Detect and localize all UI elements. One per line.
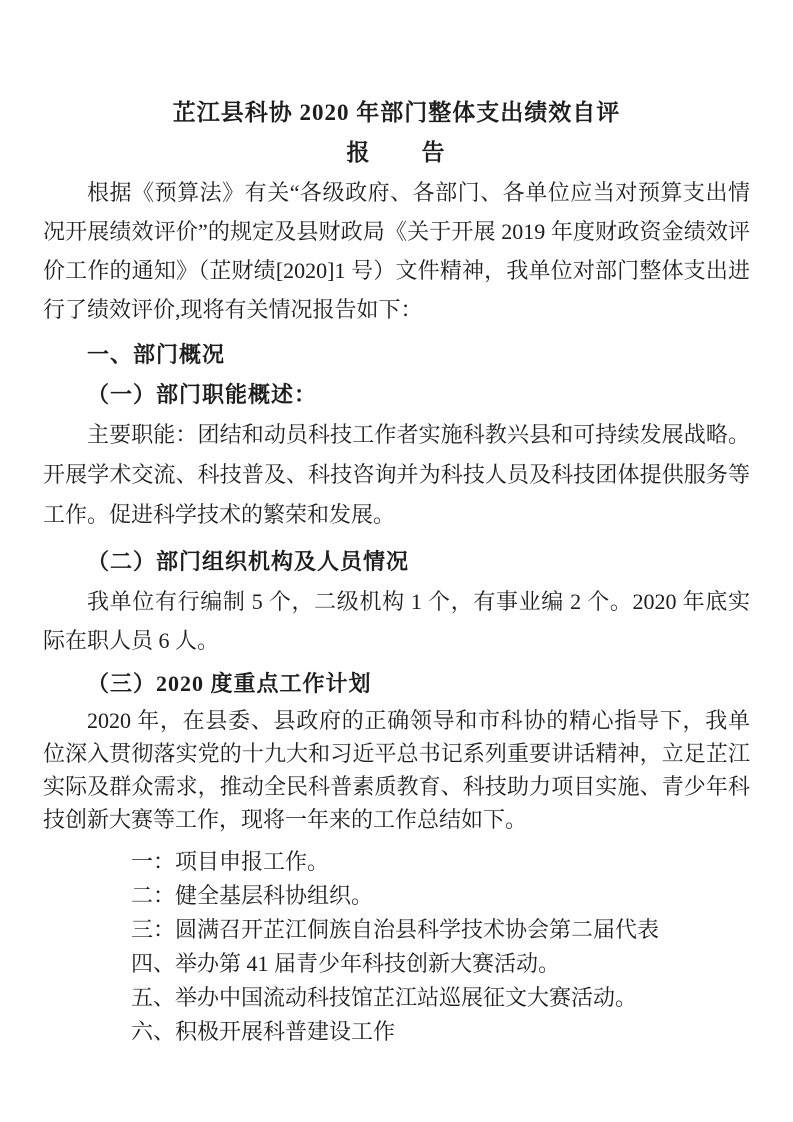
subsection-1-heading: （一）部门职能概述： bbox=[43, 375, 750, 415]
document-title: 芷江县科协 2020 年部门整体支出绩效自评 bbox=[43, 93, 750, 133]
work-item: 五、举办中国流动科技馆芷江站巡展征文大赛活动。 bbox=[43, 981, 750, 1015]
work-item: 六、积极开展科普建设工作 bbox=[43, 1015, 750, 1049]
subsection-1-body: 主要职能：团结和动员科技工作者实施科教兴县和可持续发展战略。开展学术交流、科技普… bbox=[43, 415, 750, 535]
document-page: 芷江县科协 2020 年部门整体支出绩效自评 报 告 根据《预算法》有关“各级政… bbox=[0, 0, 793, 1122]
subsection-3-heading: （三）2020 度重点工作计划 bbox=[43, 664, 750, 704]
subsection-2-heading: （二）部门组织机构及人员情况 bbox=[43, 542, 750, 582]
work-item: 一：项目申报工作。 bbox=[43, 845, 750, 879]
work-item-list: 一：项目申报工作。 二：健全基层科协组织。 三：圆满召开芷江侗族自治县科学技术协… bbox=[43, 845, 750, 1049]
document-subtitle: 报 告 bbox=[43, 133, 750, 173]
work-item: 二：健全基层科协组织。 bbox=[43, 879, 750, 913]
work-item: 三：圆满召开芷江侗族自治县科学技术协会第二届代表 bbox=[43, 913, 750, 947]
subsection-2-body: 我单位有行编制 5 个，二级机构 1 个，有事业编 2 个。2020 年底实际在… bbox=[43, 582, 750, 660]
intro-paragraph: 根据《预算法》有关“各级政府、各部门、各单位应当对预算支出情况开展绩效评价”的规… bbox=[43, 173, 750, 329]
section-1-heading: 一、部门概况 bbox=[43, 335, 750, 375]
work-item: 四、举办第 41 届青少年科技创新大赛活动。 bbox=[43, 947, 750, 981]
subsection-3-body: 2020 年，在县委、县政府的正确领导和市科协的精心指导下，我单位深入贯彻落实党… bbox=[43, 704, 750, 836]
